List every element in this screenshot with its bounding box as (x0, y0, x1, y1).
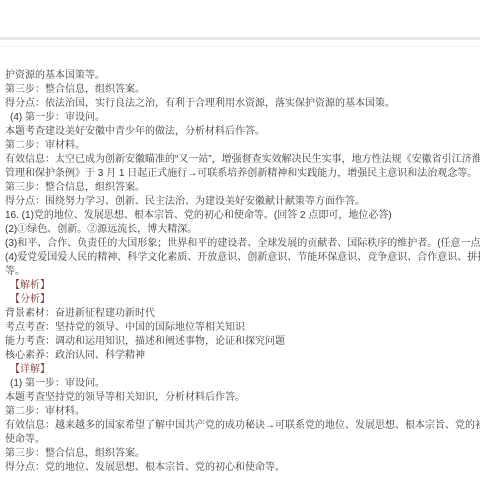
document-page: 护资源的基本国策等。第三步：整合信息，组织答案。得分点：依法治国，实行良法之治，… (0, 0, 480, 480)
text-line: 有效信息：越来越多的国家希望了解中国共产党的成功秘诀→可联系党的地位、发展思想、… (5, 419, 477, 433)
text-line: 得分点：围绕努力学习、创新、民主法治、为建设美好安徽献计献策等方面作答。 (5, 195, 477, 209)
text-line: (3)和平、合作、负责任的大国形象；世界和平的建设者、全球发展的贡献者、国际秩序… (5, 237, 477, 251)
text-line: 第三步：整合信息，组织答案。 (5, 181, 477, 195)
page-break-shadow (0, 46, 480, 47)
section-tag: 【分析】 (5, 293, 477, 307)
text-line: 第三步：整合信息，组织答案。 (5, 83, 477, 97)
text-line: 第二步：审材料。 (5, 139, 477, 153)
text-line: 得分点：党的地位、发展思想、根本宗旨、党的初心和使命等。 (5, 461, 477, 475)
text-line: 使命等。 (5, 433, 477, 447)
text-line: 第三步：整合信息，组织答案。 (5, 447, 477, 461)
text-line: 考点考查：坚持党的领导、中国的国际地位等相关知识 (5, 321, 477, 335)
text-line: (1) 第一步：审设问。 (5, 377, 477, 391)
text-line: 护资源的基本国策等。 (5, 69, 477, 83)
text-line: 有效信息：太空已成为创新安徽瞄准的“又一站”，增强督查实效解决民生实事，地方性法… (5, 153, 477, 167)
text-line: (2)①绿色、创新。②源远流长，博大精深。 (5, 223, 477, 237)
text-line: 核心素养：政治认同、科学精神 (5, 349, 477, 363)
section-tag: 【详解】 (5, 363, 477, 377)
text-line: 管理和保护条例》于 3 月 1 日起正式施行→可联系培养创新精神和实践能力，增强… (5, 167, 477, 181)
text-line: 能力考查：调动和运用知识，描述和阐述事物，论证和探究问题 (5, 335, 477, 349)
section-tag: 【解析】 (5, 279, 477, 293)
text-line: (4)爱党爱国爱人民的精神、科学文化素质、开放意识、创新意识、节能环保意识、竞争… (5, 251, 477, 265)
text-line: 背景素材：奋进新征程建功新时代 (5, 307, 477, 321)
page-break-separator (0, 37, 480, 40)
text-line: 本题考查建设美好安徽中青少年的做法，分析材料后作答。 (5, 125, 477, 139)
text-line: 得分点：依法治国，实行良法之治，有利于合理利用水资源，落实保护资源的基本国策。 (5, 97, 477, 111)
text-line: 等。 (5, 265, 477, 279)
text-line: 16. (1)党的地位、发展思想、根本宗旨、党的初心和使命等。(回答 2 点即可… (5, 209, 477, 223)
document-body: 护资源的基本国策等。第三步：整合信息，组织答案。得分点：依法治国，实行良法之治，… (5, 69, 477, 475)
text-line: 本题考查坚持党的领导等相关知识，分析材料后作答。 (5, 391, 477, 405)
text-line: 第二步：审材料。 (5, 405, 477, 419)
text-line: (4) 第一步：审设问。 (5, 111, 477, 125)
